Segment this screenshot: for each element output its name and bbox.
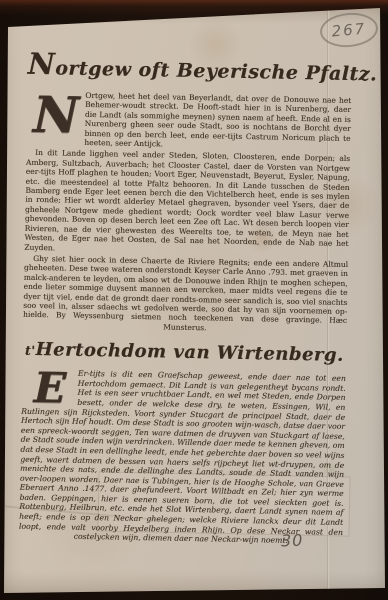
section-title-wirtenberg: t'Hertochdom van Wirtenberg. xyxy=(22,339,346,366)
paragraph-text: Ortgew, heet het deel van Beyerlandt, da… xyxy=(84,91,351,149)
book-photograph: 267 Nortgew oft Beyerische Pfaltz. NOrtg… xyxy=(0,0,388,600)
section-title-nortgew: Nortgew oft Beyerische Pfaltz. xyxy=(28,46,353,87)
drop-cap-initial-n: N xyxy=(26,90,85,143)
printed-text-block: Nortgew oft Beyerische Pfaltz. NOrtgew, … xyxy=(19,46,352,547)
paragraph-nortgew-rivers: Ghy siet hier oock in dese Chaerte de Ri… xyxy=(23,254,348,335)
paragraph-nortgew-intro: NOrtgew, heet het deel van Beyerlandt, d… xyxy=(26,90,351,153)
paragraph-nortgew-towns: In dit Lande ligghen veel ander Steden, … xyxy=(24,148,350,258)
drop-cap-initial-e: E xyxy=(21,368,78,406)
book-page: 267 Nortgew oft Beyerische Pfaltz. NOrtg… xyxy=(0,0,388,600)
handwritten-page-number: 30 xyxy=(281,531,304,551)
paragraph-wirtenberg: EEr-tijts is dit een Graefschap geweest,… xyxy=(19,368,346,547)
